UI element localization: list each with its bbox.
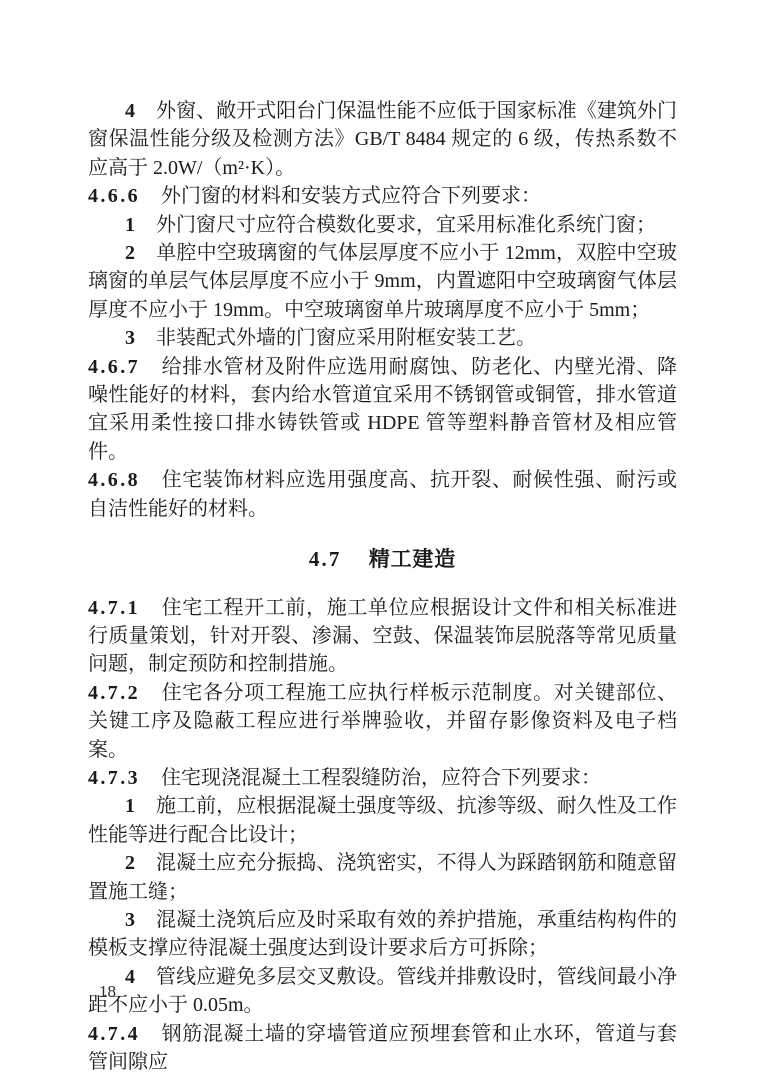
clause-4-6-7: 4.6.7给排水管材及附件应选用耐腐蚀、防老化、内壁光滑、降噪性能好的材料，套内… (88, 353, 677, 467)
paragraph-text: 外门窗尺寸应符合模数化要求，宜采用标准化系统门窗； (156, 214, 656, 236)
paragraph-item-3: 3混凝土浇筑后应及时采取有效的养护措施，承重结构构件的模板支撑应待混凝土强度达到… (88, 906, 677, 963)
section-heading-4-7: 4.7精工建造 (88, 545, 677, 573)
paragraph-item-1: 1外门窗尺寸应符合模数化要求，宜采用标准化系统门窗； (88, 211, 677, 239)
clause-4-7-1: 4.7.1住宅工程开工前，施工单位应根据设计文件和相关标准进行质量策划，针对开裂… (88, 594, 677, 679)
paragraph-text: 住宅现浇混凝土工程裂缝防治，应符合下列要求： (161, 767, 601, 789)
item-number: 3 (125, 327, 135, 349)
paragraph-item-2: 2单腔中空玻璃窗的气体层厚度不应小于 12mm，双腔中空玻璃窗的单层气体层厚度不… (88, 239, 677, 324)
section-title: 精工建造 (369, 547, 456, 571)
paragraph-text: 钢筋混凝土墙的穿墙管道应预埋套管和止水环，管道与套管间隙应 (88, 1023, 677, 1073)
clause-number: 4.7.1 (88, 597, 140, 619)
paragraph-item-4: 4管线应避免多层交叉敷设。管线并排敷设时，管线间最小净距不应小于 0.05m。 (88, 963, 677, 1020)
clause-number: 4.7.4 (88, 1023, 140, 1045)
clause-number: 4.7.2 (88, 682, 140, 704)
item-number: 2 (125, 852, 135, 874)
clause-number: 4.6.8 (88, 469, 140, 491)
clause-number: 4.6.6 (88, 185, 140, 207)
paragraph-text: 混凝土浇筑后应及时采取有效的养护措施，承重结构构件的模板支撑应待混凝土强度达到设… (88, 909, 677, 959)
section-number: 4.7 (309, 547, 342, 571)
paragraph-text: 非装配式外墙的门窗应采用附框安装工艺。 (156, 327, 536, 349)
paragraph-text: 管线应避免多层交叉敷设。管线并排敷设时，管线间最小净距不应小于 0.05m。 (88, 966, 677, 1016)
item-number: 3 (125, 909, 135, 931)
paragraph-item-1: 1施工前，应根据混凝土强度等级、抗渗等级、耐久性及工作性能等进行配合比设计； (88, 792, 677, 849)
clause-4-7-3: 4.7.3住宅现浇混凝土工程裂缝防治，应符合下列要求： (88, 764, 677, 792)
paragraph-text: 外门窗的材料和安装方式应符合下列要求： (161, 185, 541, 207)
document-page: 4外窗、敞开式阳台门保温性能不应低于国家标准《建筑外门窗保温性能分级及检测方法》… (0, 0, 763, 1080)
paragraph-text: 住宅工程开工前，施工单位应根据设计文件和相关标准进行质量策划，针对开裂、渗漏、空… (88, 597, 677, 676)
paragraph-text: 住宅装饰材料应选用强度高、抗开裂、耐候性强、耐污或自洁性能好的材料。 (88, 469, 677, 519)
item-number: 1 (125, 214, 135, 236)
clause-number: 4.6.7 (88, 356, 140, 378)
paragraph-item-4: 4外窗、敞开式阳台门保温性能不应低于国家标准《建筑外门窗保温性能分级及检测方法》… (88, 97, 677, 182)
document-content: 4外窗、敞开式阳台门保温性能不应低于国家标准《建筑外门窗保温性能分级及检测方法》… (88, 97, 677, 1076)
clause-number: 4.7.3 (88, 767, 140, 789)
page-number: 18 (99, 981, 116, 1003)
paragraph-text: 单腔中空玻璃窗的气体层厚度不应小于 12mm，双腔中空玻璃窗的单层气体层厚度不应… (88, 242, 677, 321)
clause-4-6-8: 4.6.8住宅装饰材料应选用强度高、抗开裂、耐候性强、耐污或自洁性能好的材料。 (88, 466, 677, 523)
paragraph-text: 施工前，应根据混凝土强度等级、抗渗等级、耐久性及工作性能等进行配合比设计； (88, 795, 677, 845)
paragraph-text: 外窗、敞开式阳台门保温性能不应低于国家标准《建筑外门窗保温性能分级及检测方法》G… (88, 100, 677, 179)
clause-4-7-4: 4.7.4钢筋混凝土墙的穿墙管道应预埋套管和止水环，管道与套管间隙应 (88, 1020, 677, 1077)
item-number: 4 (125, 966, 135, 988)
clause-4-6-6: 4.6.6外门窗的材料和安装方式应符合下列要求： (88, 182, 677, 210)
paragraph-item-3: 3非装配式外墙的门窗应采用附框安装工艺。 (88, 324, 677, 352)
item-number: 1 (125, 795, 135, 817)
item-number: 2 (125, 242, 135, 264)
paragraph-item-2: 2混凝土应充分振捣、浇筑密实，不得人为踩踏钢筋和随意留置施工缝； (88, 849, 677, 906)
item-number: 4 (125, 100, 135, 122)
clause-4-7-2: 4.7.2住宅各分项工程施工应执行样板示范制度。对关键部位、关键工序及隐蔽工程应… (88, 679, 677, 764)
paragraph-text: 住宅各分项工程施工应执行样板示范制度。对关键部位、关键工序及隐蔽工程应进行举牌验… (88, 682, 677, 761)
paragraph-text: 给排水管材及附件应选用耐腐蚀、防老化、内壁光滑、降噪性能好的材料，套内给水管道宜… (88, 356, 677, 463)
paragraph-text: 混凝土应充分振捣、浇筑密实，不得人为踩踏钢筋和随意留置施工缝； (88, 852, 677, 902)
